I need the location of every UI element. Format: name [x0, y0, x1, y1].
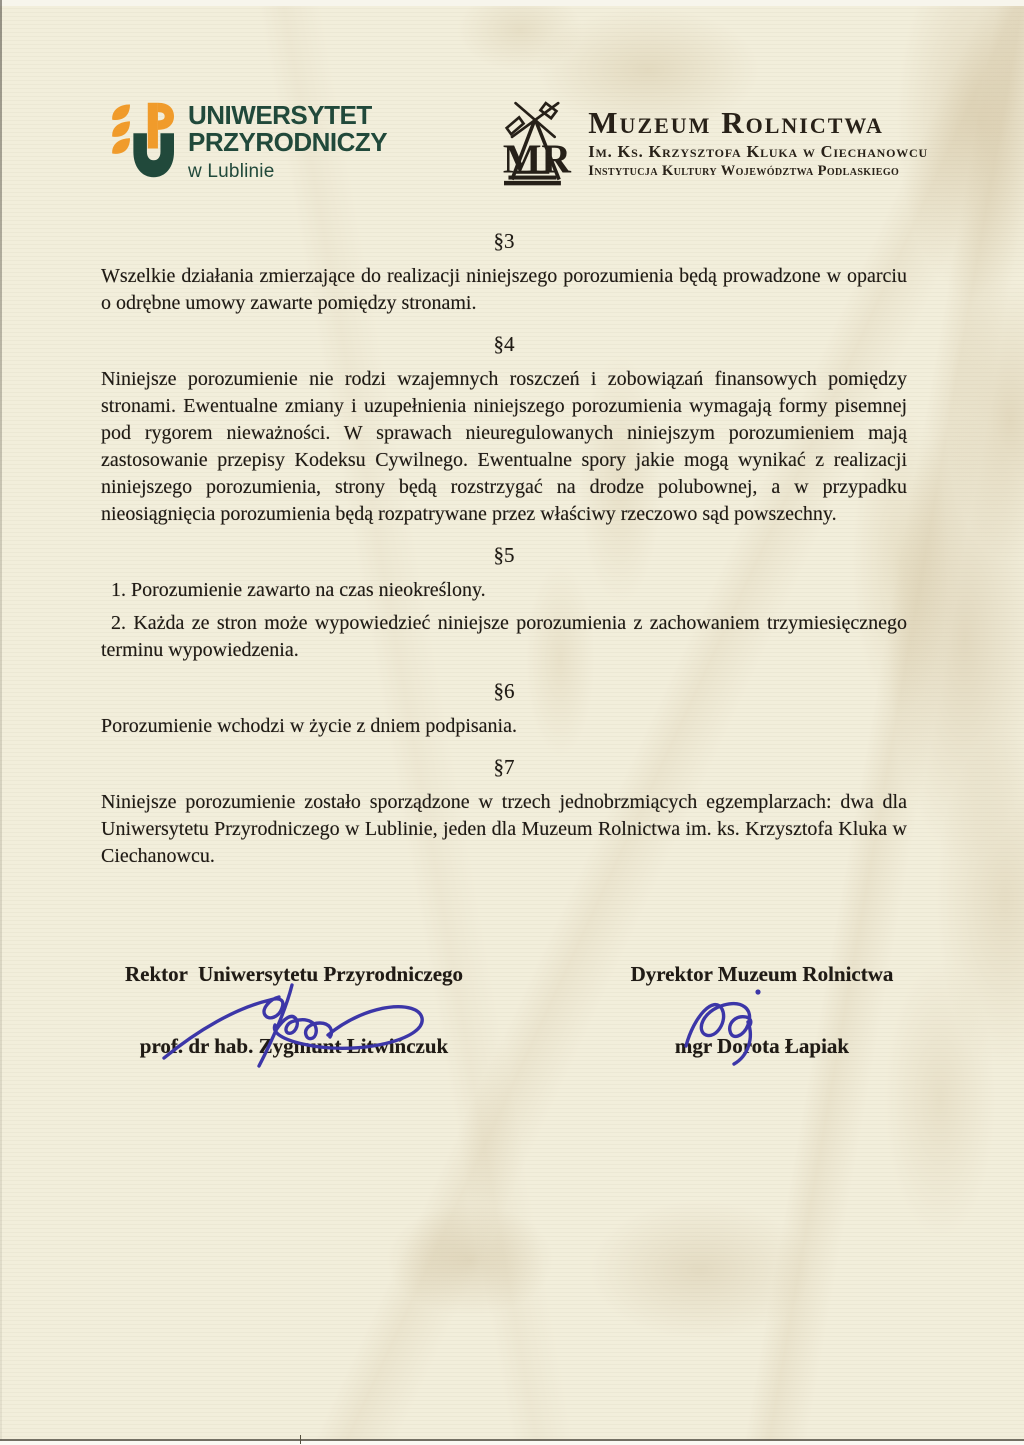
- museum-name-line3: Instytucja Kultury Województwa Podlaskie…: [588, 163, 928, 180]
- section-5-item-2: 2. Każda ze stron może wypowiedzieć nini…: [101, 610, 907, 664]
- section-3-paragraph: Wszelkie działania zmierzające do realiz…: [101, 263, 907, 317]
- signature-ink-dyrektor: [670, 980, 822, 1078]
- university-name-line1: UNIWERSYTET: [188, 102, 387, 129]
- section-heading-4: §4: [101, 331, 907, 358]
- university-name: UNIWERSYTET PRZYRODNICZY w Lublinie: [188, 102, 387, 183]
- scan-edge-left: [0, 0, 2, 1445]
- scan-edge-tick: [300, 1435, 301, 1444]
- letterhead: UNIWERSYTET PRZYRODNICZY w Lublinie MR: [108, 100, 928, 188]
- section-heading-7: §7: [101, 754, 907, 781]
- section-6-paragraph: Porozumienie wchodzi w życie z dniem pod…: [101, 713, 907, 740]
- signature-title-rektor: Rektor Uniwersytetu Przyrodniczego: [108, 962, 480, 987]
- signature-title-dyrektor: Dyrektor Muzeum Rolnictwa: [612, 962, 912, 987]
- wheat-up-logo-icon: [108, 100, 174, 180]
- museum-name: Muzeum Rolnictwa Im. Ks. Krzysztofa Kluk…: [588, 106, 928, 188]
- museum-name-line1: Muzeum Rolnictwa: [588, 106, 928, 139]
- university-name-line3: w Lublinie: [188, 161, 387, 183]
- university-logo-block: UNIWERSYTET PRZYRODNICZY w Lublinie: [108, 100, 387, 183]
- signature-area: Rektor Uniwersytetu Przyrodniczego prof.…: [0, 962, 1024, 1142]
- signature-name-rektor: prof. dr hab. Zygmunt Litwińczuk: [108, 1034, 480, 1059]
- signature-block-rektor: Rektor Uniwersytetu Przyrodniczego prof.…: [108, 962, 480, 1059]
- document-page: UNIWERSYTET PRZYRODNICZY w Lublinie MR: [0, 0, 1024, 1445]
- section-4-paragraph: Niniejsze porozumienie nie rodzi wzajemn…: [101, 366, 907, 528]
- windmill-mr-logo-icon: MR: [496, 100, 576, 188]
- museum-name-line2: Im. Ks. Krzysztofa Kluka w Ciechanowcu: [588, 142, 928, 161]
- signature-block-dyrektor: Dyrektor Muzeum Rolnictwa mgr Dorota Łap…: [612, 962, 912, 1059]
- signature-name-dyrektor: mgr Dorota Łapiak: [612, 1034, 912, 1059]
- section-heading-3: §3: [101, 228, 907, 255]
- svg-text:MR: MR: [503, 136, 572, 181]
- scan-edge-bottom: [0, 1441, 1024, 1445]
- scan-edge-top: [0, 0, 1024, 6]
- section-5-item-1: 1. Porozumienie zawarto na czas nieokreś…: [101, 577, 907, 604]
- section-heading-6: §6: [101, 678, 907, 705]
- museum-logo-block: MR Muzeum Rolnictwa Im. Ks. Krzysztofa K…: [496, 100, 928, 188]
- document-body: §3 Wszelkie działania zmierzające do rea…: [101, 228, 907, 870]
- section-7-paragraph: Niniejsze porozumienie zostało sporządzo…: [101, 789, 907, 870]
- section-heading-5: §5: [101, 542, 907, 569]
- university-name-line2: PRZYRODNICZY: [188, 129, 387, 156]
